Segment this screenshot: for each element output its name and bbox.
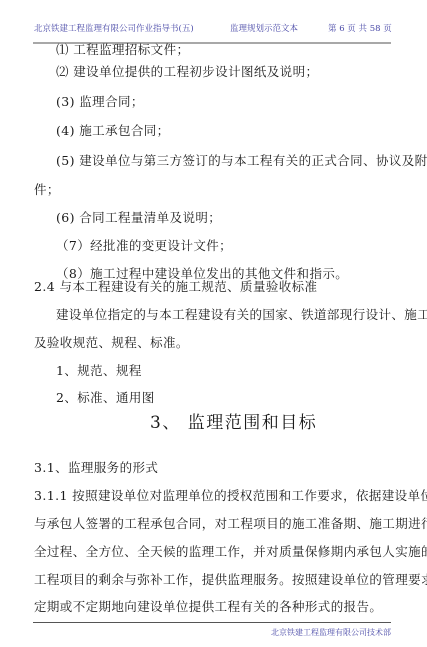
header-company-doc: 北京铁建工程监理有限公司作业指导书(五) [34, 22, 194, 34]
footer-department: 北京铁建工程监理有限公司技术部 [271, 627, 391, 638]
list-item: (6) 合同工程量清单及说明； [56, 208, 221, 226]
header-doc-title: 监理规划示范文本 [230, 22, 298, 34]
footer-divider [33, 622, 391, 623]
header-text-row: 北京铁建工程监理有限公司作业指导书(五) 监理规划示范文本 第 6 页 共 58… [34, 22, 391, 36]
list-item-continuation: 件； [34, 180, 60, 198]
list-item: ⑵ 建设单位提供的工程初步设计图纸及说明； [56, 62, 318, 80]
header-page-info: 第 6 页 共 58 页 [328, 22, 392, 34]
standard-item: 1、规范、规程 [56, 361, 142, 379]
list-item: （7）经批准的变更设计文件； [56, 236, 232, 254]
section-heading-2-4: 2.4 与本工程建设有关的施工规范、质量验收标准 [34, 277, 317, 295]
standard-item: 2、标准、通用图 [56, 388, 155, 406]
paragraph-line: 定期或不定期地向建设单位提供工程有关的各种形式的报告。 [34, 597, 382, 615]
paragraph-line: 建设单位指定的与本工程建设有关的国家、铁道部现行设计、施工 [56, 305, 427, 323]
paragraph-line: 与承包人签署的工程承包合同，对工程项目的施工准备期、施工期进行 [34, 514, 427, 532]
paragraph-line: 3.1.1 按照建设单位对监理单位的授权范围和工作要求，依据建设单位 [34, 486, 427, 504]
list-item: (4) 施工承包合同； [56, 121, 170, 139]
paragraph-line: 全过程、全方位、全天候的监理工作，并对质量保修期内承包人实施的 [34, 542, 427, 560]
section-heading-3-1: 3.1、监理服务的形式 [34, 458, 158, 476]
list-item: ⑴ 工程监理招标文件； [56, 40, 189, 58]
paragraph-line: 及验收规范、规程、标准。 [34, 333, 189, 351]
chapter-heading-3: 3、 监理范围和目标 [150, 408, 317, 433]
list-item: (3) 监理合同； [56, 92, 144, 110]
paragraph-line: 工程项目的剩余与弥补工作，提供监理服务。按照建设单位的管理要求 [34, 570, 427, 588]
list-item: (5) 建设单位与第三方签订的与本工程有关的正式合同、协议及附 [56, 151, 427, 169]
